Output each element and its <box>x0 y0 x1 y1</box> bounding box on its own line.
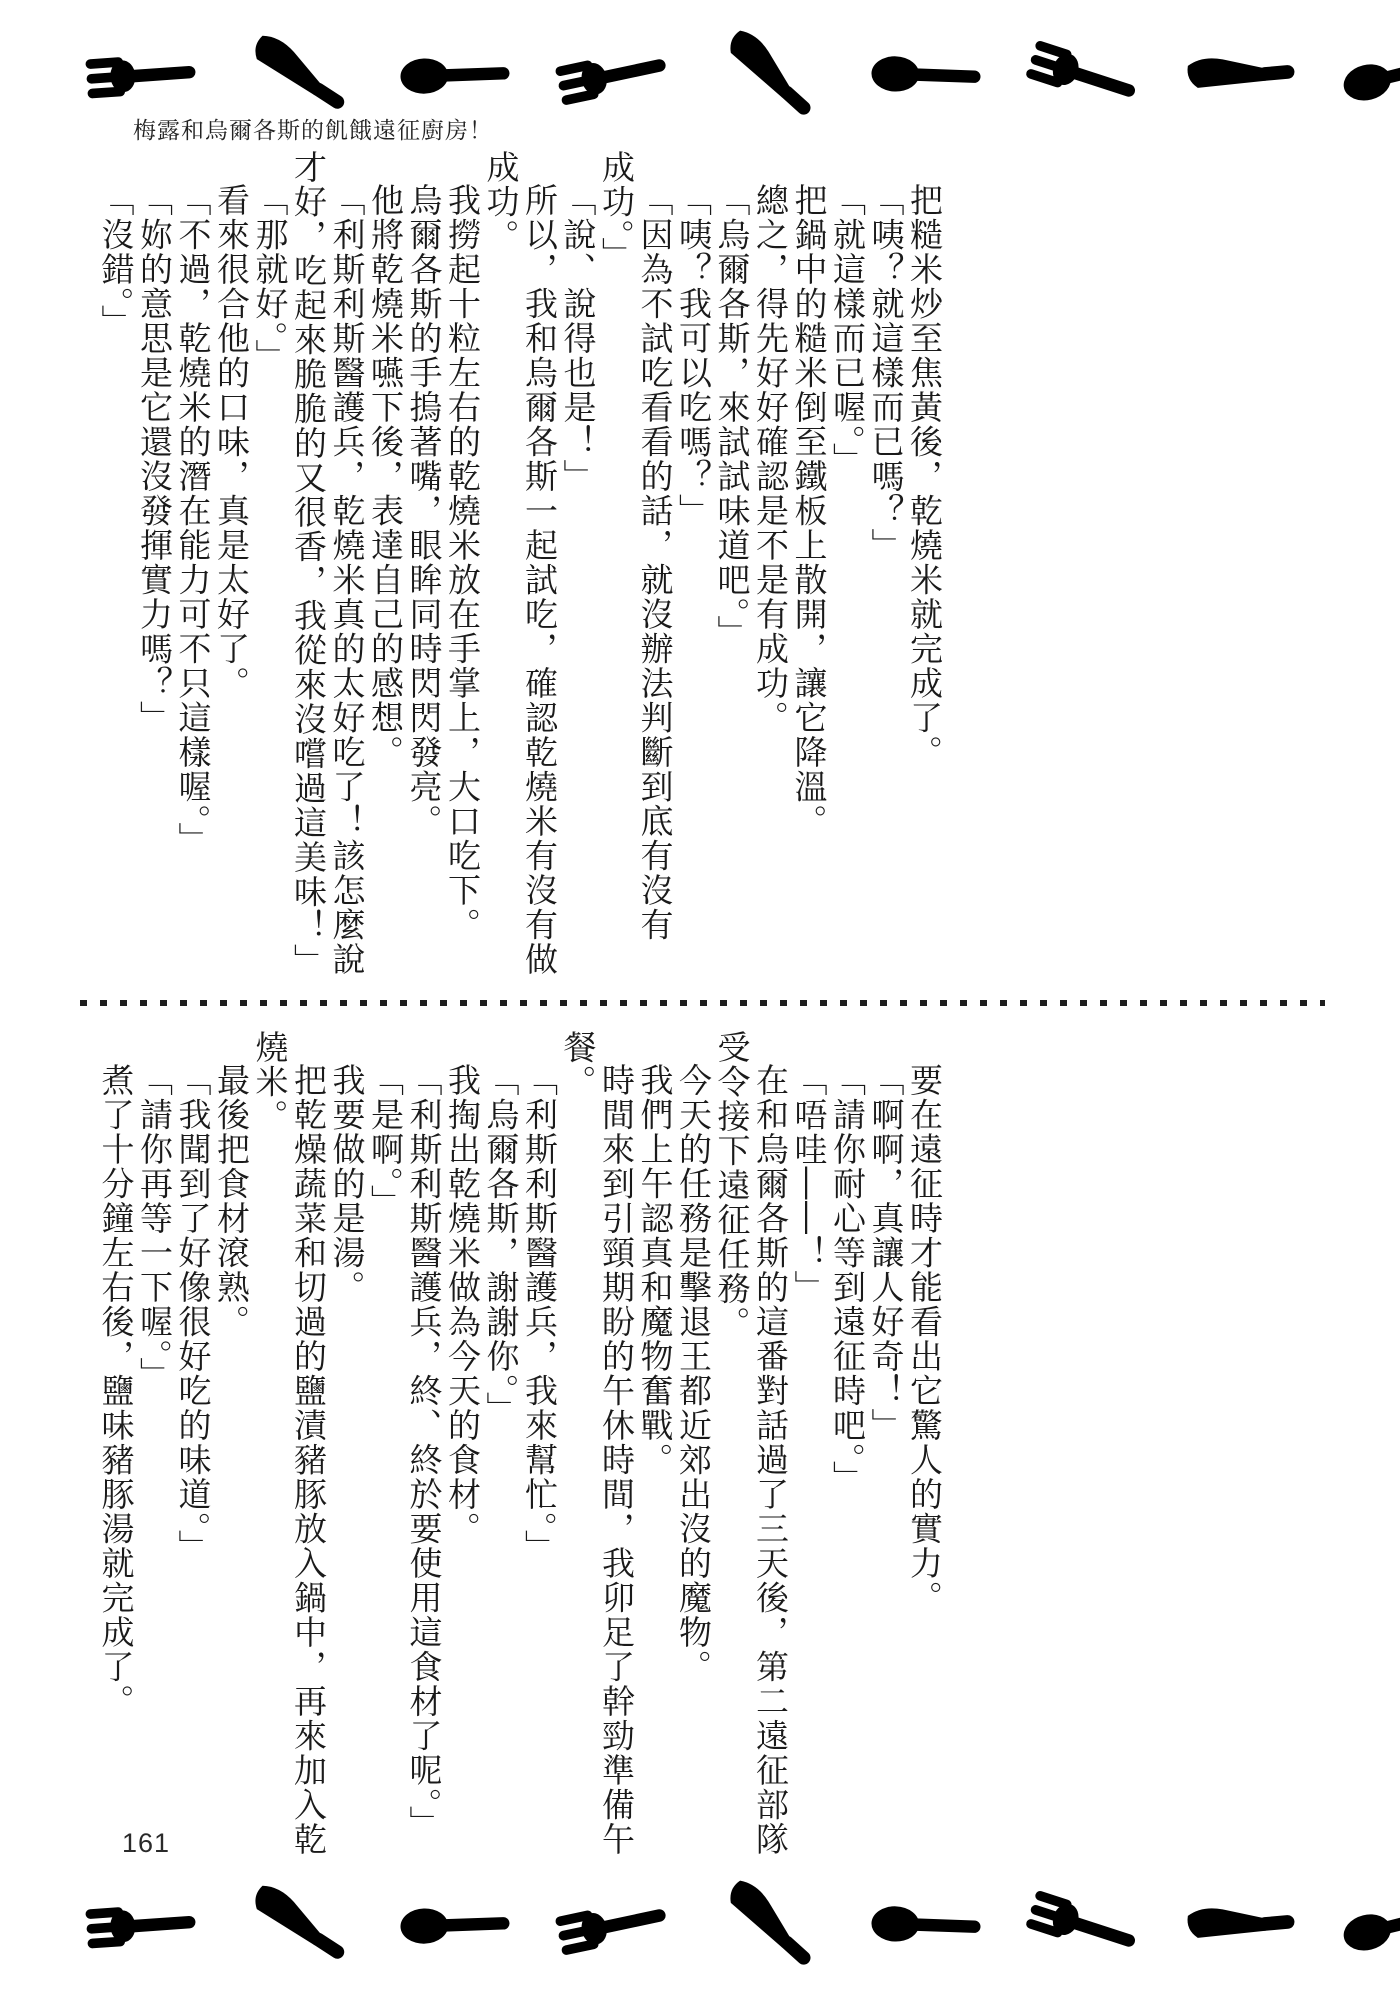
fork-icon <box>550 1888 674 1961</box>
text-line: 烏爾各斯的手摀著嘴，眼眸同時閃閃發亮。 <box>404 150 443 960</box>
text-line: 成功。 <box>481 150 520 960</box>
text-line: 「不過，乾燒米的潛在能力可不只這樣喔。」 <box>173 150 212 960</box>
text-line: 「烏爾各斯，來試試味道吧。」 <box>712 150 751 960</box>
text-line: 要在遠征時才能看出它驚人的實力。 <box>905 1030 944 1900</box>
text-line: 今天的任務是擊退王都近郊出沒的魔物。 <box>674 1030 713 1900</box>
top-text-block: 把糙米炒至焦黃後，乾燒米就完成了。 「咦？就這樣而已嗎？」 「就這樣而已喔。」 … <box>96 150 943 960</box>
knife-icon <box>1180 1895 1300 1955</box>
knife-icon <box>1180 45 1300 105</box>
text-line: 把鍋中的糙米倒至鐵板上散開，讓它降溫。 <box>789 150 828 960</box>
text-line: 「沒錯。」 <box>96 150 135 960</box>
text-line: 「妳的意思是它還沒發揮實力嗎？」 <box>135 150 174 960</box>
text-line: 「那就好。」 <box>250 150 289 960</box>
fork-icon <box>550 38 674 111</box>
text-line: 「是啊。」 <box>366 1030 405 1900</box>
text-line: 「唔哇——！」 <box>789 1030 828 1900</box>
bottom-text-block: 要在遠征時才能看出它驚人的實力。 「啊啊，真讓人好奇！」 「請你耐心等到遠征時吧… <box>96 1030 943 1900</box>
text-line: 餐。 <box>558 1030 597 1900</box>
page-number: 161 <box>122 1828 170 1859</box>
text-line: 「烏爾各斯，謝謝你。」 <box>481 1030 520 1900</box>
spoon-icon <box>867 48 985 102</box>
text-line: 燒米。 <box>250 1030 289 1900</box>
fork-icon <box>1020 33 1146 116</box>
text-line: 我們上午認真和魔物奮戰。 <box>635 1030 674 1900</box>
fork-icon <box>1020 1883 1146 1966</box>
text-line: 「啊啊，真讓人好奇！」 <box>866 1030 905 1900</box>
text-line: 「說、說得也是！」 <box>558 150 597 960</box>
spoon-icon <box>396 48 514 102</box>
text-line: 我要做的是湯。 <box>327 1030 366 1900</box>
knife-icon <box>709 18 829 133</box>
text-line: 「咦？我可以吃嗎？」 <box>674 150 713 960</box>
text-line: 他將乾燒米嚥下後，表達自己的感想。 <box>366 150 405 960</box>
running-header: 梅露和烏爾各斯的飢餓遠征廚房！ <box>133 112 493 145</box>
spoon-icon <box>867 1898 985 1952</box>
text-line: 「請你耐心等到遠征時吧。」 <box>828 1030 867 1900</box>
section-divider <box>80 1000 1325 1006</box>
text-line: 把糙米炒至焦黃後，乾燒米就完成了。 <box>905 150 944 960</box>
text-line: 受令接下遠征任務。 <box>712 1030 751 1900</box>
spoon-icon <box>396 1898 514 1952</box>
text-line: 我掏出乾燒米做為今天的食材。 <box>443 1030 482 1900</box>
text-line: 「利斯利斯醫護兵，乾燒米真的太好吃了！該怎麼說 <box>327 150 366 960</box>
text-line: 「我聞到了好像很好吃的味道。」 <box>173 1030 212 1900</box>
text-line: 看來很合他的口味，真是太好了。 <box>212 150 251 960</box>
text-line: 我撈起十粒左右的乾燒米放在手掌上，大口吃下。 <box>443 150 482 960</box>
bottom-utensil-border <box>0 1900 1400 1958</box>
spoon-icon <box>1335 1887 1400 1964</box>
text-line: 「請你再等一下喔。」 <box>135 1030 174 1900</box>
fork-icon <box>81 46 200 104</box>
text-line: 煮了十分鐘左右後，鹽味豬豚湯就完成了。 <box>96 1030 135 1900</box>
text-line: 最後把食材滾熟。 <box>212 1030 251 1900</box>
text-line: 把乾燥蔬菜和切過的鹽漬豬豚放入鍋中，再來加入乾 <box>289 1030 328 1900</box>
text-line: 成功。」 <box>597 150 636 960</box>
text-line: 「咦？就這樣而已嗎？」 <box>866 150 905 960</box>
book-page: 梅露和烏爾各斯的飢餓遠征廚房！ 把糙米炒至焦黃後，乾燒米就完成了。 「咦？就這樣… <box>0 0 1400 2008</box>
text-line: 「因為不試吃看看的話，就沒辦法判斷到底有沒有 <box>635 150 674 960</box>
top-utensil-border <box>0 50 1400 108</box>
text-line: 「利斯利斯醫護兵，終、終於要使用這食材了呢。」 <box>404 1030 443 1900</box>
text-line: 所以，我和烏爾各斯一起試吃，確認乾燒米有沒有做 <box>520 150 559 960</box>
text-line: 「利斯利斯醫護兵，我來幫忙。」 <box>520 1030 559 1900</box>
fork-icon <box>81 1896 200 1954</box>
text-line: 時間來到引頸期盼的午休時間，我卯足了幹勁準備午 <box>597 1030 636 1900</box>
spoon-icon <box>1335 37 1400 114</box>
text-line: 才好，吃起來脆脆的又很香，我從來沒嚐過這美味！」 <box>289 150 328 960</box>
text-line: 在和烏爾各斯的這番對話過了三天後，第二遠征部隊 <box>751 1030 790 1900</box>
text-line: 「就這樣而已喔。」 <box>828 150 867 960</box>
text-line: 總之，得先好好確認是不是有成功。 <box>751 150 790 960</box>
